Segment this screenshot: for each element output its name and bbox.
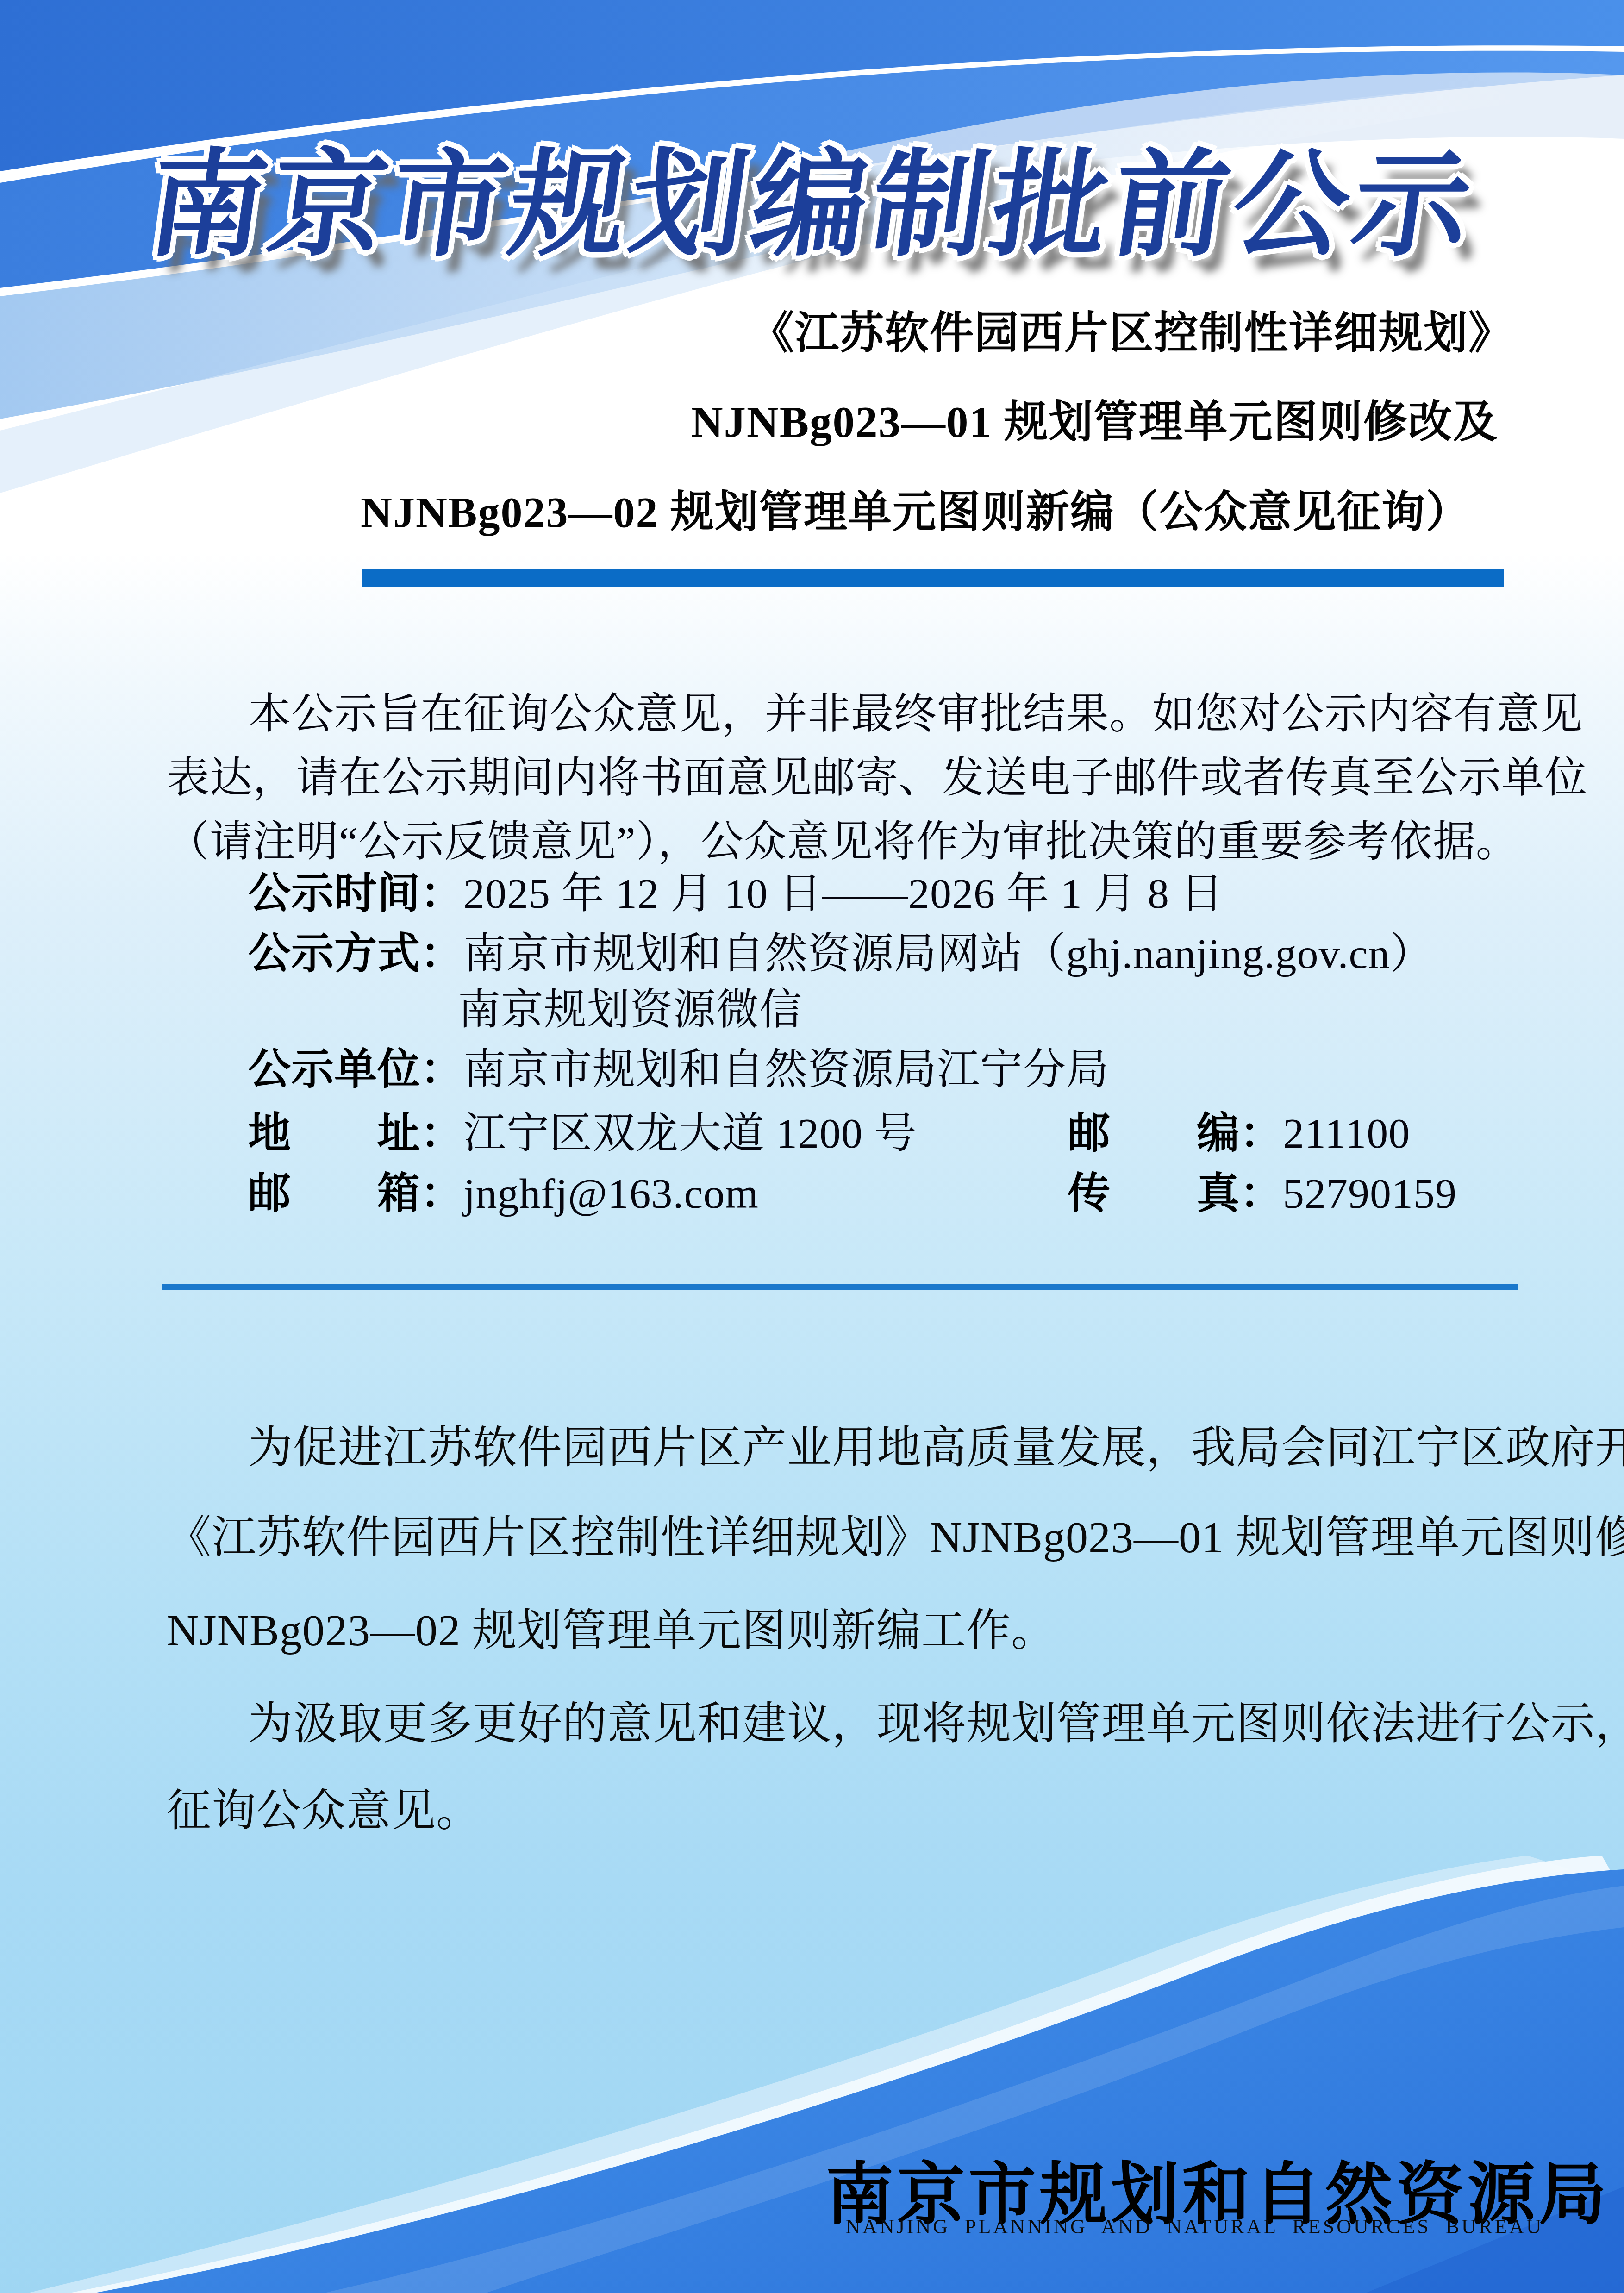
field-value-method-2: 南京规划资源微信 [458,986,802,1033]
field-row-fax: 传 真：52790159 [1068,1170,1457,1217]
footer-org-name-en: NANJING PLANNING AND NATURAL RESOURCES B… [833,2215,1555,2238]
body-p2-line-2: 征询公众意见。 [167,1786,481,1835]
field-label-unit: 公示单位： [248,1044,463,1094]
subtitle-line-1: 《江苏软件园西片区控制性详细规划》 [750,309,1513,358]
field-label-fax: 传 真： [1068,1168,1283,1218]
field-value-address: 江宁区双龙大道 1200 号 [463,1110,917,1157]
intro-line-1: 本公示旨在征询公众意见，并非最终审批结果。如您对公示内容有意见 [248,691,1583,737]
intro-line-3: （请注明“公示反馈意见”），公众意见将作为审批决策的重要参考依据。 [167,818,1519,865]
body-p1-line-3: NJNBg023—02 规划管理单元图则新编工作。 [167,1606,1056,1655]
field-row-email: 邮 箱：jnghfj@163.com [248,1170,759,1217]
body-p1-line-2: 《江苏软件园西片区控制性详细规划》NJNBg023—01 规划管理单元图则修改及 [167,1513,1624,1562]
field-row-method-2: 南京规划资源微信 [458,987,802,1033]
poster-page: 南京市规划编制批前公示 《江苏软件园西片区控制性详细规划》 NJNBg023—0… [0,0,1624,2293]
field-label-method: 公示方式： [248,929,463,978]
field-value-postcode: 211100 [1283,1110,1410,1157]
subtitle-line-3: NJNBg023—02 规划管理单元图则新编（公众意见征询） [361,489,1470,537]
field-label-address: 地 址： [248,1108,463,1158]
field-label-time: 公示时间： [248,868,463,918]
field-value-time: 2025 年 12 月 10 日——2026 年 1 月 8 日 [463,870,1224,917]
divider-line [162,1284,1518,1290]
field-row-method: 公示方式：南京市规划和自然资源局网站（ghj.nanjing.gov.cn） [248,930,1433,977]
subtitle-line-2: NJNBg023—01 规划管理单元图则修改及 [691,398,1498,447]
field-label-email: 邮 箱： [248,1168,463,1218]
field-value-method: 南京市规划和自然资源局网站（ghj.nanjing.gov.cn） [463,930,1433,977]
field-label-postcode: 邮 编： [1068,1108,1283,1158]
body-p1-line-1: 为促进江苏软件园西片区产业用地高质量发展，我局会同江宁区政府开展了 [248,1423,1624,1472]
field-value-email: jnghfj@163.com [463,1170,759,1217]
intro-line-2: 表达，请在公示期间内将书面意见邮寄、发送电子邮件或者传真至公示单位 [167,755,1587,801]
field-row-time: 公示时间：2025 年 12 月 10 日——2026 年 1 月 8 日 [248,870,1224,917]
page-title: 南京市规划编制批前公示 [0,140,1624,273]
body-p2-line-1: 为汲取更多更好的意见和建议，现将规划管理单元图则依法进行公示，广泛 [248,1699,1624,1748]
subtitle-underline-bar [362,569,1504,587]
field-row-unit: 公示单位：南京市规划和自然资源局江宁分局 [248,1046,1109,1093]
field-value-fax: 52790159 [1283,1170,1457,1217]
field-value-unit: 南京市规划和自然资源局江宁分局 [463,1046,1109,1093]
field-row-postcode: 邮 编：211100 [1068,1110,1410,1157]
field-row-address: 地 址：江宁区双龙大道 1200 号 [248,1110,917,1157]
